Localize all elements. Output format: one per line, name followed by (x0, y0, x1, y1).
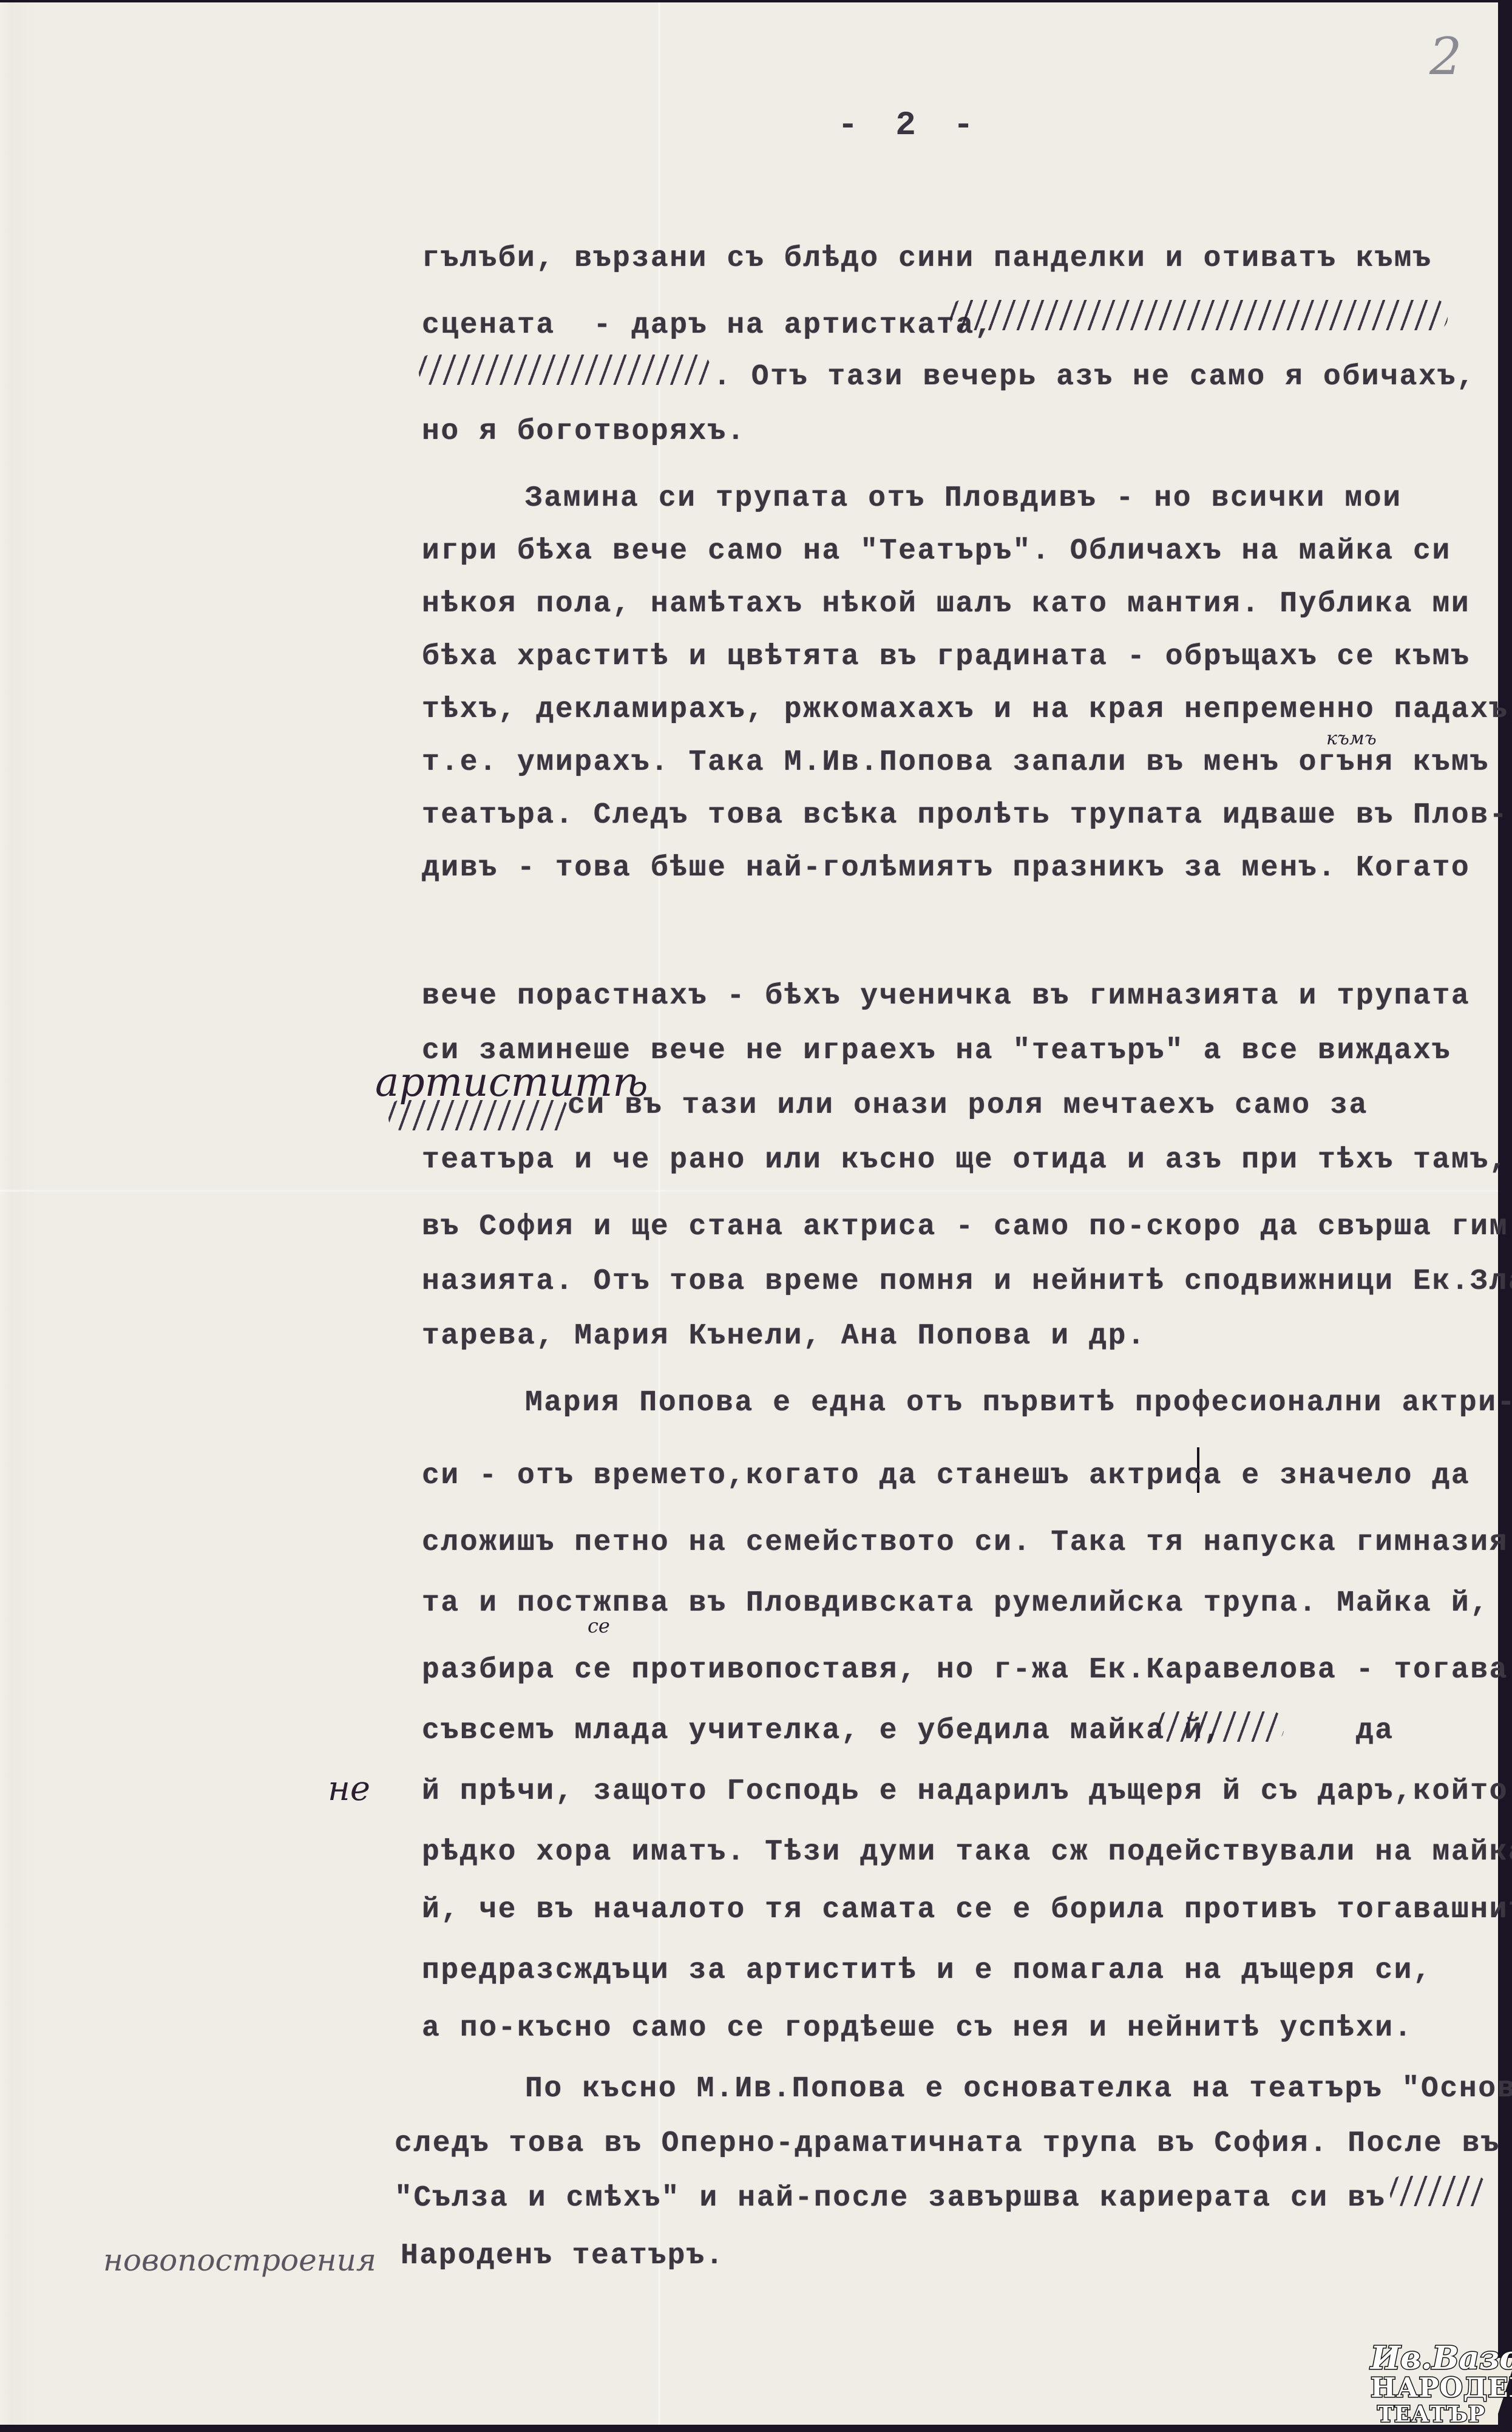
text-line: гълъби, вързани съ блѣдо сини панделки и… (422, 242, 1432, 275)
paragraph-start-line: Мария Попова е една отъ първитѣ професио… (525, 1387, 1512, 1419)
text-line: въ София и ще стана актриса - само по-ск… (422, 1211, 1512, 1243)
handwritten-strikeout (950, 300, 1448, 330)
text-line: рѣдко хора иматъ. Тѣзи думи така сж поде… (422, 1836, 1512, 1869)
text-line: т.е. умирахъ. Така М.Ив.Попова запали въ… (422, 746, 1490, 779)
text-line: театъра. Следъ това всѣка пролѣть трупат… (422, 799, 1508, 832)
stamp-line-2: ТЕАТЪР (1371, 2402, 1492, 2427)
text-line: вече порастнахъ - бѣхъ ученичка въ гимна… (422, 980, 1470, 1013)
text-line: театъра и че рано или късно ще отида и а… (422, 1144, 1508, 1177)
text-line: разбира се противопоставя, но г-жа Ек.Ка… (422, 1654, 1508, 1686)
text-line: "Сълза и смѣхъ" и най-после завършва кар… (395, 2182, 1386, 2215)
text-line: та и постжпва въ Пловдивската румелийска… (422, 1587, 1490, 1620)
text-line: сложишъ петно на семейството си. Така тя… (422, 1526, 1512, 1559)
handwritten-strikeout (388, 1100, 571, 1130)
text-line: назията. Отъ това време помня и нейнитѣ … (422, 1265, 1512, 1298)
handwritten-strikeout (419, 355, 710, 385)
handwritten-insertion-novopostroeniya: новопостроения (103, 2243, 376, 2278)
paragraph-start-line: Замина си трупата отъ Пловдивъ - но всич… (525, 482, 1402, 515)
text-line: си въ тази или онази роля мечтаехъ само … (568, 1089, 1368, 1122)
stamp-line-1: НАРОДЕН (1371, 2374, 1492, 2402)
text-line: дивъ - това бѣше най-голѣмиятъ празникъ … (422, 852, 1470, 885)
stamp-signature: Ив.Вазов (1371, 2343, 1492, 2374)
text-line: но я боготворяхъ. (422, 415, 746, 448)
text-line: . Отъ тази вечерь азъ не само я обичахъ, (713, 361, 1476, 393)
handwritten-strikeout (1390, 2176, 1487, 2206)
paper-fold-horizontal (0, 1189, 1498, 1192)
paragraph-start-line: По късно М.Ив.Попова е основателка на те… (525, 2073, 1512, 2105)
text-line: тѣхъ, декламирахъ, ржкомахахъ и на края … (422, 693, 1512, 726)
page-number: - 2 - (838, 106, 982, 144)
text-line: й прѣчи, защото Господь е надарилъ дъщер… (422, 1775, 1508, 1808)
text-line: сцената - даръ на артистката, (422, 309, 994, 342)
text-line: нѣкоя пола, намѣтахъ нѣкой шалъ като ман… (422, 588, 1470, 620)
text-line: си - отъ времето,когато да станешъ актри… (422, 1459, 1470, 1492)
text-line: бѣха храститѣ и цвѣтята въ градината - о… (422, 640, 1470, 673)
handwritten-insertion-ne: не (328, 1769, 370, 1809)
handwritten-correction-kam: къмъ (1326, 728, 1377, 749)
text-line: Народенъ театъръ. (401, 2240, 725, 2272)
text-line: а по-късно само се гордѣеше съ нея и ней… (422, 2012, 1413, 2045)
national-theatre-watermark-stamp: Ив.Вазов НАРОДЕН ТЕАТЪР (1371, 2343, 1492, 2427)
document-page: 2 - 2 - гълъби, вързани съ блѣдо сини па… (0, 2, 1498, 2425)
text-line: предразсждъци за артиститѣ и е помагала … (422, 1954, 1432, 1987)
text-line: тарева, Мария Кънели, Ана Попова и др. (422, 1320, 1146, 1353)
handwritten-insertion-se: се (588, 1614, 610, 1637)
text-line: й, че въ началото тя самата се е борила … (422, 1894, 1512, 1926)
archive-page-number: 2 (1429, 27, 1462, 86)
text-line: игри бѣха вече само на "Театъръ". Облича… (422, 535, 1451, 568)
handwritten-strikeout (1156, 1711, 1284, 1742)
text-line: следъ това въ Оперно-драматичната трупа … (395, 2127, 1500, 2160)
